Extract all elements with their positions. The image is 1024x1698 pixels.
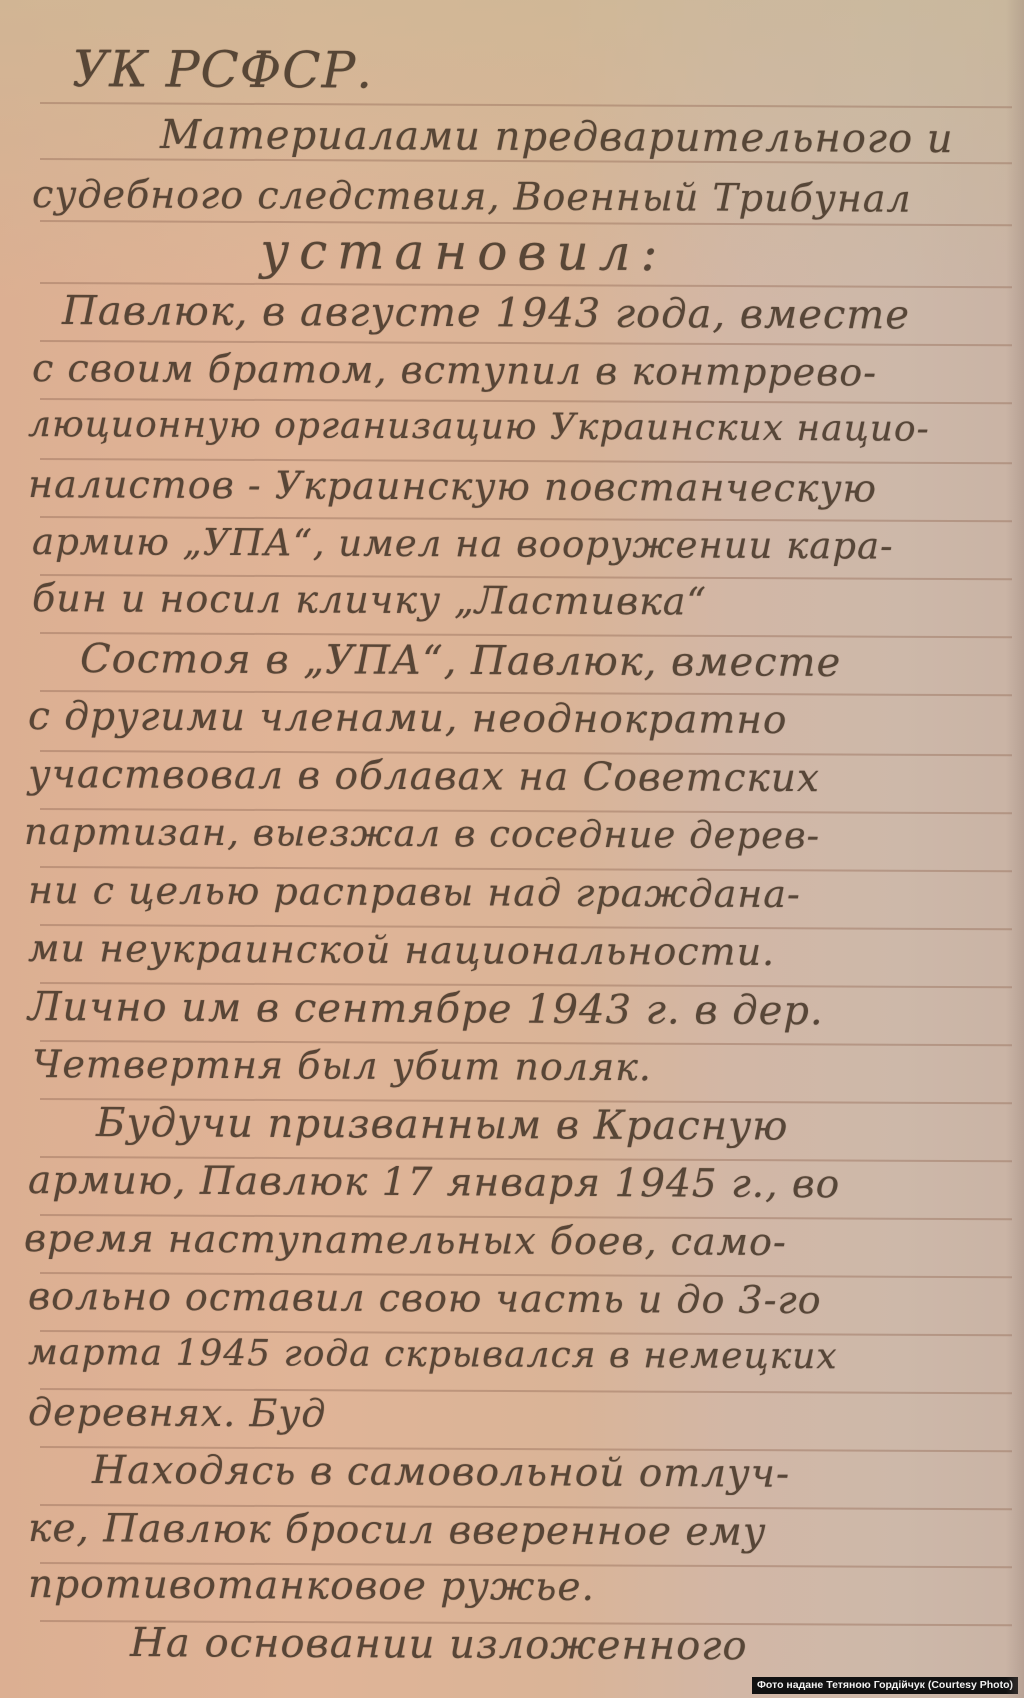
heading-line: УК РСФСР. [72,40,373,100]
text-line: Четвертня был убит поляк. [32,1042,652,1089]
ruled-line [40,398,1012,404]
text-line: судебного следствия, Военный Трибунал [32,172,912,221]
text-line: вольно оставил свою часть и до 3-го [28,1274,822,1322]
text-line: время наступательных боев, само- [24,1216,787,1264]
text-line: армию, Павлюк 17 января 1945 г., во [28,1158,840,1207]
text-line: Находясь в самовольной отлуч- [92,1448,790,1497]
text-line: налистов - Украинскую повстанческую [28,462,877,510]
text-line: партизан, выезжал в соседние дерев- [24,810,820,857]
text-line: Состоя в „УПА“, Павлюк, вместе [80,636,841,686]
text-line: бин и носил кличку „Ластивка“ [32,576,707,624]
text-line: с своим братом, вступил в контррево- [32,346,877,394]
document-scan: УК РСФСР. Материалами предварительного и… [0,0,1024,1698]
text-line: деревнях. Буд [28,1390,327,1436]
text-line: ни с целью расправы над граждана- [28,868,801,916]
text-line: Материалами предварительного и [160,112,954,162]
text-line: ке, Павлюк бросил вверенное ему [28,1506,767,1555]
ruled-line [40,282,1012,288]
ruled-line [40,102,1012,108]
photo-credit-caption: Фото надане Тетяною Гордійчук (Courtesy … [752,1677,1018,1694]
text-line: участвовал в облавах на Советских [28,752,820,801]
text-line: На основании изложенного [130,1620,748,1669]
text-line: армию „УПА“, имел на вооружении кара- [32,520,894,568]
text-line: марта 1945 года скрывался в немецких [28,1332,838,1377]
text-line: противотанковое ружье. [28,1562,595,1610]
heading-line: установил: [260,222,668,282]
text-line: люционную организацию Украинских нацио- [28,404,930,450]
text-line: ми неукраинской национальности. [28,926,775,974]
ruled-line [40,340,1012,346]
text-line: с другими членами, неоднократно [28,694,788,743]
text-line: Будучи призванным в Красную [96,1100,789,1150]
text-line: Павлюк, в августе 1943 года, вместе [62,288,910,338]
text-line: Лично им в сентябре 1943 г. в дер. [28,984,824,1034]
